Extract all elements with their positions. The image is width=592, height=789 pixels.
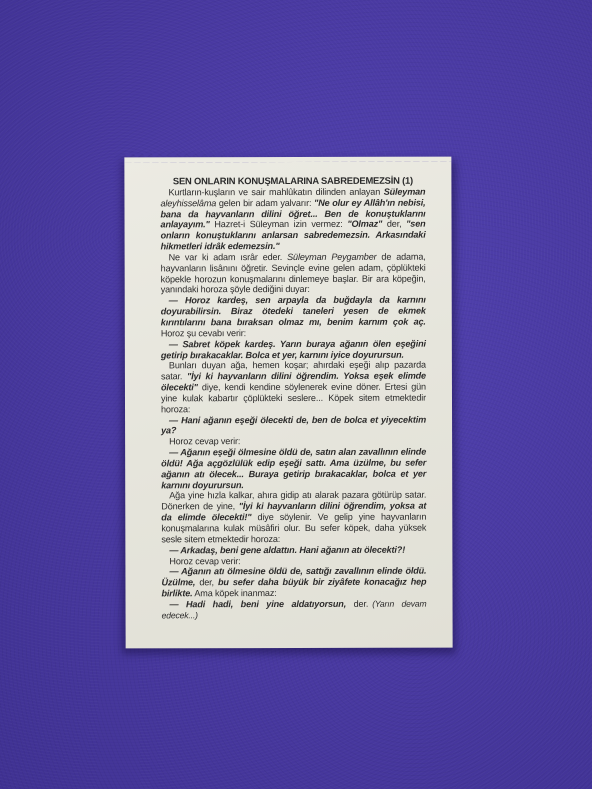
italic-text: aleyhisselâma [160, 198, 216, 208]
bold-italic-text: — Hadi hadi, beni yine aldatıyorsun, [170, 599, 347, 609]
article-paragraph: — Sabret köpek kardeş. Yarın buraya ağan… [161, 338, 426, 360]
bold-italic-text: — Ağanın eşeği ölmesine öldü de, satın a… [161, 447, 426, 490]
text: der, [195, 577, 218, 587]
text: gelen bir adam yalvarır: [216, 198, 314, 208]
article-paragraph: — Horoz kardeş, sen arpayla da buğdayla … [161, 295, 426, 339]
text: Hazret-i Süleyman izin vermez: [210, 219, 348, 229]
text: Kurtların-kuşların ve sair mahlûkatın di… [168, 187, 383, 198]
text: Horoz cevap verir: [169, 436, 240, 446]
bold-italic-text: — Sabret köpek kardeş. Yarın buraya ağan… [161, 338, 426, 360]
article-paragraph: — Arkadaş, beni gene aldattın. Hani ağan… [161, 544, 426, 556]
bold-italic-text: Süleyman [384, 186, 426, 196]
article-body: Kurtların-kuşların ve sair mahlûkatın di… [160, 186, 426, 620]
article-paragraph: Kurtların-kuşların ve sair mahlûkatın di… [160, 186, 425, 252]
bold-italic-text: — Horoz kardeş, sen arpayla da buğdayla … [161, 295, 426, 327]
bold-italic-text: — Hani ağanın eşeği ölecekti de, ben de … [161, 414, 426, 436]
calendar-page: SEN ONLARIN KONUŞMALARINA SABREDEMEZSİN … [124, 157, 452, 649]
article-paragraph: Ne var ki adam ısrâr eder. Süleyman Peyg… [161, 252, 426, 296]
text: diye, kendi kendine söylenerek evine dön… [161, 382, 426, 414]
text: Horoz şu cevabı verir: [161, 328, 246, 338]
article-paragraph: Bunları duyan ağa, hemen koşar; ahırdaki… [161, 360, 426, 415]
article-paragraph: — Hadi hadi, beni yine aldatıyorsun, der… [162, 599, 427, 621]
article-paragraph: — Hani ağanın eşeği ölecekti de, ben de … [161, 414, 426, 436]
bold-italic-text: "Olmaz" [347, 219, 382, 229]
torn-top-edge [124, 153, 451, 163]
article-paragraph: Horoz cevap verir: [161, 436, 426, 448]
text: Ne var ki adam ısrâr eder. [169, 252, 288, 262]
text: Ama köpek inanmaz: [192, 588, 276, 598]
bold-italic-text: — Arkadaş, beni gene aldattın. Hani ağan… [169, 544, 405, 555]
article-paragraph: — Ağanın eşeği ölmesine öldü de, satın a… [161, 447, 426, 491]
italic-text: Süleyman Peygamber [287, 252, 376, 262]
article-paragraph: Horoz cevap verir: [161, 555, 426, 567]
text: der. [346, 599, 368, 609]
article: SEN ONLARIN KONUŞMALARINA SABREDEMEZSİN … [160, 176, 426, 621]
article-title: SEN ONLARIN KONUŞMALARINA SABREDEMEZSİN … [160, 176, 425, 188]
article-paragraph: Ağa yine hızla kalkar, ahıra gidip atı a… [161, 490, 426, 545]
text: der, [382, 219, 406, 229]
text: Horoz cevap verir: [169, 556, 240, 566]
article-paragraph: — Ağanın atı ölmesine öldü de, sattığı z… [161, 566, 426, 599]
